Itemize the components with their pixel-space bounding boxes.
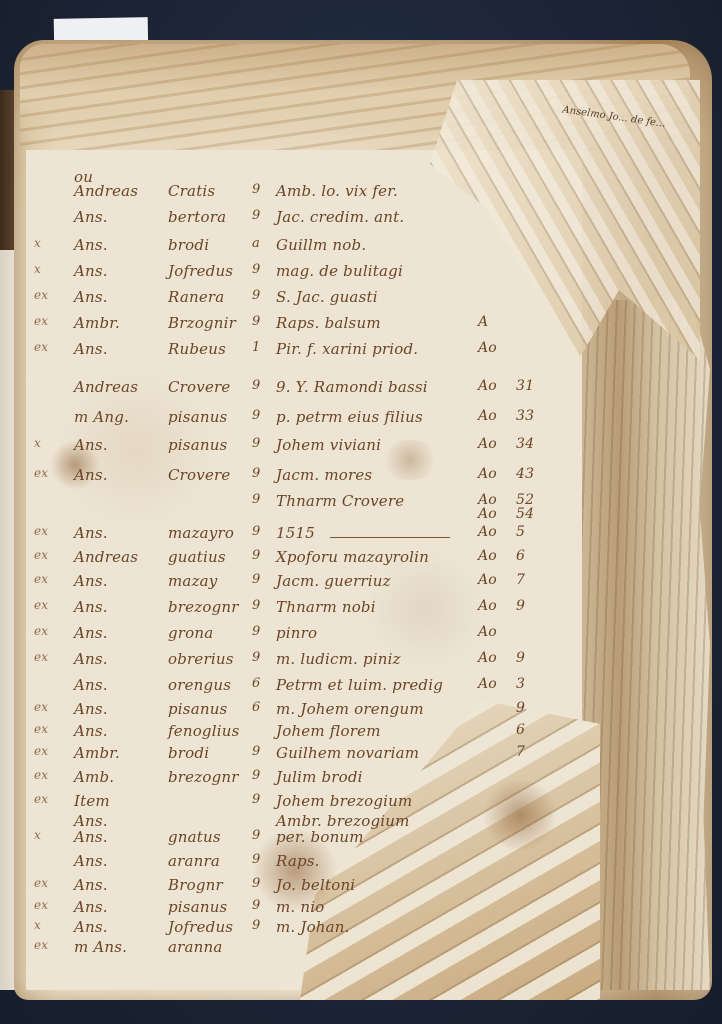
number: 7 — [516, 744, 556, 760]
description: m. nio — [276, 898, 486, 916]
given-name: Ans. — [74, 700, 162, 718]
locus: Ao — [478, 598, 508, 614]
description: Johem florem — [276, 722, 486, 740]
surname: Crovere — [168, 378, 252, 396]
row-mark: x — [34, 262, 70, 276]
surname: grona — [168, 624, 252, 642]
number: 6 — [516, 722, 556, 738]
surname: Cratis — [168, 182, 252, 200]
row-mark: ex — [34, 700, 70, 714]
given-name: Amb. — [74, 768, 162, 786]
given-name: Ambr. — [74, 744, 162, 762]
locus: Ao — [478, 466, 508, 482]
given-name: Ans. — [74, 288, 162, 306]
number: 54 — [516, 506, 556, 522]
sign: 9 — [252, 744, 272, 759]
row-mark: ex — [34, 288, 70, 302]
number: 31 — [516, 378, 556, 394]
number: 43 — [516, 466, 556, 482]
row-mark: x — [34, 918, 70, 932]
row-mark: ex — [34, 792, 70, 806]
row-mark: ex — [34, 340, 70, 354]
given-name: Ans. — [74, 436, 162, 454]
surname: fenoglius — [168, 722, 252, 740]
sign: 9 — [252, 548, 272, 563]
row-mark: ex — [34, 314, 70, 328]
locus: Ao — [478, 572, 508, 588]
surname: mazayro — [168, 524, 252, 542]
given-name: Ans. — [74, 676, 162, 694]
row-mark: ex — [34, 768, 70, 782]
surname: Rubeus — [168, 340, 252, 358]
description: Jacm. guerriuz — [276, 572, 486, 590]
sign: 9 — [252, 436, 272, 451]
number: 9 — [516, 700, 556, 716]
sign: 9 — [252, 828, 272, 843]
number: 9 — [516, 598, 556, 614]
description: Jac. credim. ant. — [276, 208, 486, 226]
surname: Jofredus — [168, 262, 252, 280]
number: 33 — [516, 408, 556, 424]
description: pinro — [276, 624, 486, 642]
row-mark: ex — [34, 572, 70, 586]
description: Julim brodi — [276, 768, 486, 786]
sign: 9 — [252, 208, 272, 223]
locus: Ao — [478, 676, 508, 692]
description: Raps. balsum — [276, 314, 486, 332]
sign: 6 — [252, 676, 272, 691]
locus: Ao — [478, 506, 508, 522]
description: m. ludicm. piniz — [276, 650, 486, 668]
surname: Crovere — [168, 466, 252, 484]
description: m. Johem orengum — [276, 700, 486, 718]
row-mark: ex — [34, 466, 70, 480]
ledger-entries: ou AndreasCratis9Amb. lo. vix fer. Ans.b… — [0, 0, 722, 1024]
given-name: Ans. — [74, 524, 162, 542]
surname: guatius — [168, 548, 252, 566]
given-name: Ans. — [74, 236, 162, 254]
description: m. Johan. — [276, 918, 486, 936]
row-mark: ex — [34, 598, 70, 612]
locus: Ao — [478, 624, 508, 640]
row-mark: ex — [34, 722, 70, 736]
row-mark: ex — [34, 524, 70, 538]
sign: 9 — [252, 876, 272, 891]
description: Raps. — [276, 852, 486, 870]
given-name: Ans. — [74, 466, 162, 484]
surname: Brzognir — [168, 314, 252, 332]
locus: Ao — [478, 378, 508, 394]
row-mark: x — [34, 236, 70, 250]
surname: pisanus — [168, 436, 252, 454]
surname: obrerius — [168, 650, 252, 668]
surname: Brognr — [168, 876, 252, 894]
number: 3 — [516, 676, 556, 692]
sign: 9 — [252, 492, 272, 507]
given-name: Ans. — [74, 828, 162, 846]
surname: pisanus — [168, 408, 252, 426]
sign: 9 — [252, 262, 272, 277]
description: Xpoforu mazayrolin — [276, 548, 486, 566]
sign: 1 — [252, 340, 272, 355]
row-mark: ex — [34, 624, 70, 638]
given-name: m Ans. — [74, 938, 162, 956]
given-name: Ans. — [74, 898, 162, 916]
description: Petrm et luim. predig — [276, 676, 486, 694]
locus: Ao — [478, 436, 508, 452]
description: per. bonum — [276, 828, 486, 846]
given-name: Ans. — [74, 852, 162, 870]
given-name: Ans. — [74, 572, 162, 590]
description: Johem viviani — [276, 436, 486, 454]
description: 9. Y. Ramondi bassi — [276, 378, 486, 396]
surname: aranna — [168, 938, 252, 956]
given-name: Ambr. — [74, 314, 162, 332]
description: S. Jac. guasti — [276, 288, 486, 306]
surname: mazay — [168, 572, 252, 590]
sign: 9 — [252, 288, 272, 303]
given-name: Ans. — [74, 722, 162, 740]
given-name: Ans. — [74, 918, 162, 936]
sign: 9 — [252, 650, 272, 665]
description: Pir. f. xarini priod. — [276, 340, 486, 358]
description: Guilhem novariam — [276, 744, 486, 762]
locus: Ao — [478, 408, 508, 424]
number: 9 — [516, 650, 556, 666]
description: Amb. lo. vix fer. — [276, 182, 486, 200]
row-mark: ex — [34, 548, 70, 562]
given-name: Ans. — [74, 876, 162, 894]
given-name: Andreas — [74, 378, 162, 396]
surname: Jofredus — [168, 918, 252, 936]
sign: 9 — [252, 572, 272, 587]
given-name: Ans. — [74, 262, 162, 280]
sign: 9 — [252, 524, 272, 539]
locus: Ao — [478, 548, 508, 564]
surname: bertora — [168, 208, 252, 226]
locus: Ao — [478, 650, 508, 666]
given-name: Ans. — [74, 208, 162, 226]
sign: 9 — [252, 378, 272, 393]
sign: 9 — [252, 466, 272, 481]
surname: brezognr — [168, 598, 252, 616]
description: Johem brezogium — [276, 792, 486, 810]
sign: 9 — [252, 898, 272, 913]
row-mark: ex — [34, 938, 70, 952]
sign: 9 — [252, 918, 272, 933]
row-mark: ex — [34, 650, 70, 664]
given-name: Ans. — [74, 598, 162, 616]
surname: orengus — [168, 676, 252, 694]
given-name: Ans. — [74, 340, 162, 358]
surname: aranra — [168, 852, 252, 870]
description: Thnarm Crovere — [276, 492, 486, 510]
surname: brodi — [168, 236, 252, 254]
surname: brodi — [168, 744, 252, 762]
description: mag. de bulitagi — [276, 262, 486, 280]
row-mark: x — [34, 436, 70, 450]
description: Guillm nob. — [276, 236, 486, 254]
given-name: m Ang. — [74, 408, 162, 426]
given-name: Ans. — [74, 650, 162, 668]
locus: A — [478, 314, 508, 330]
sign: 6 — [252, 700, 272, 715]
description: Jacm. mores — [276, 466, 486, 484]
sign: 9 — [252, 768, 272, 783]
row-mark: ex — [34, 744, 70, 758]
given-name: Andreas — [74, 548, 162, 566]
sign: 9 — [252, 792, 272, 807]
locus: Ao — [478, 524, 508, 540]
description: Jo. beltoni — [276, 876, 486, 894]
number: 34 — [516, 436, 556, 452]
sign: 9 — [252, 598, 272, 613]
row-mark: x — [34, 828, 70, 842]
description: Thnarm nobi — [276, 598, 486, 616]
sign: 9 — [252, 314, 272, 329]
surname: Ranera — [168, 288, 252, 306]
surname: brezognr — [168, 768, 252, 786]
locus: Ao — [478, 340, 508, 356]
sign: 9 — [252, 852, 272, 867]
surname: pisanus — [168, 700, 252, 718]
given-name: Ans. — [74, 624, 162, 642]
sign: 9 — [252, 408, 272, 423]
description: p. petrm eius filius — [276, 408, 486, 426]
number: 5 — [516, 524, 556, 540]
surname: pisanus — [168, 898, 252, 916]
surname: gnatus — [168, 828, 252, 846]
sign: 9 — [252, 182, 272, 197]
given-name: Andreas — [74, 182, 162, 200]
sign: a — [252, 236, 272, 251]
number: 7 — [516, 572, 556, 588]
number: 6 — [516, 548, 556, 564]
year-mark: 1515 — [276, 524, 486, 542]
sign: 9 — [252, 624, 272, 639]
row-mark: ex — [34, 876, 70, 890]
given-name: Item — [74, 792, 162, 810]
row-mark: ex — [34, 898, 70, 912]
